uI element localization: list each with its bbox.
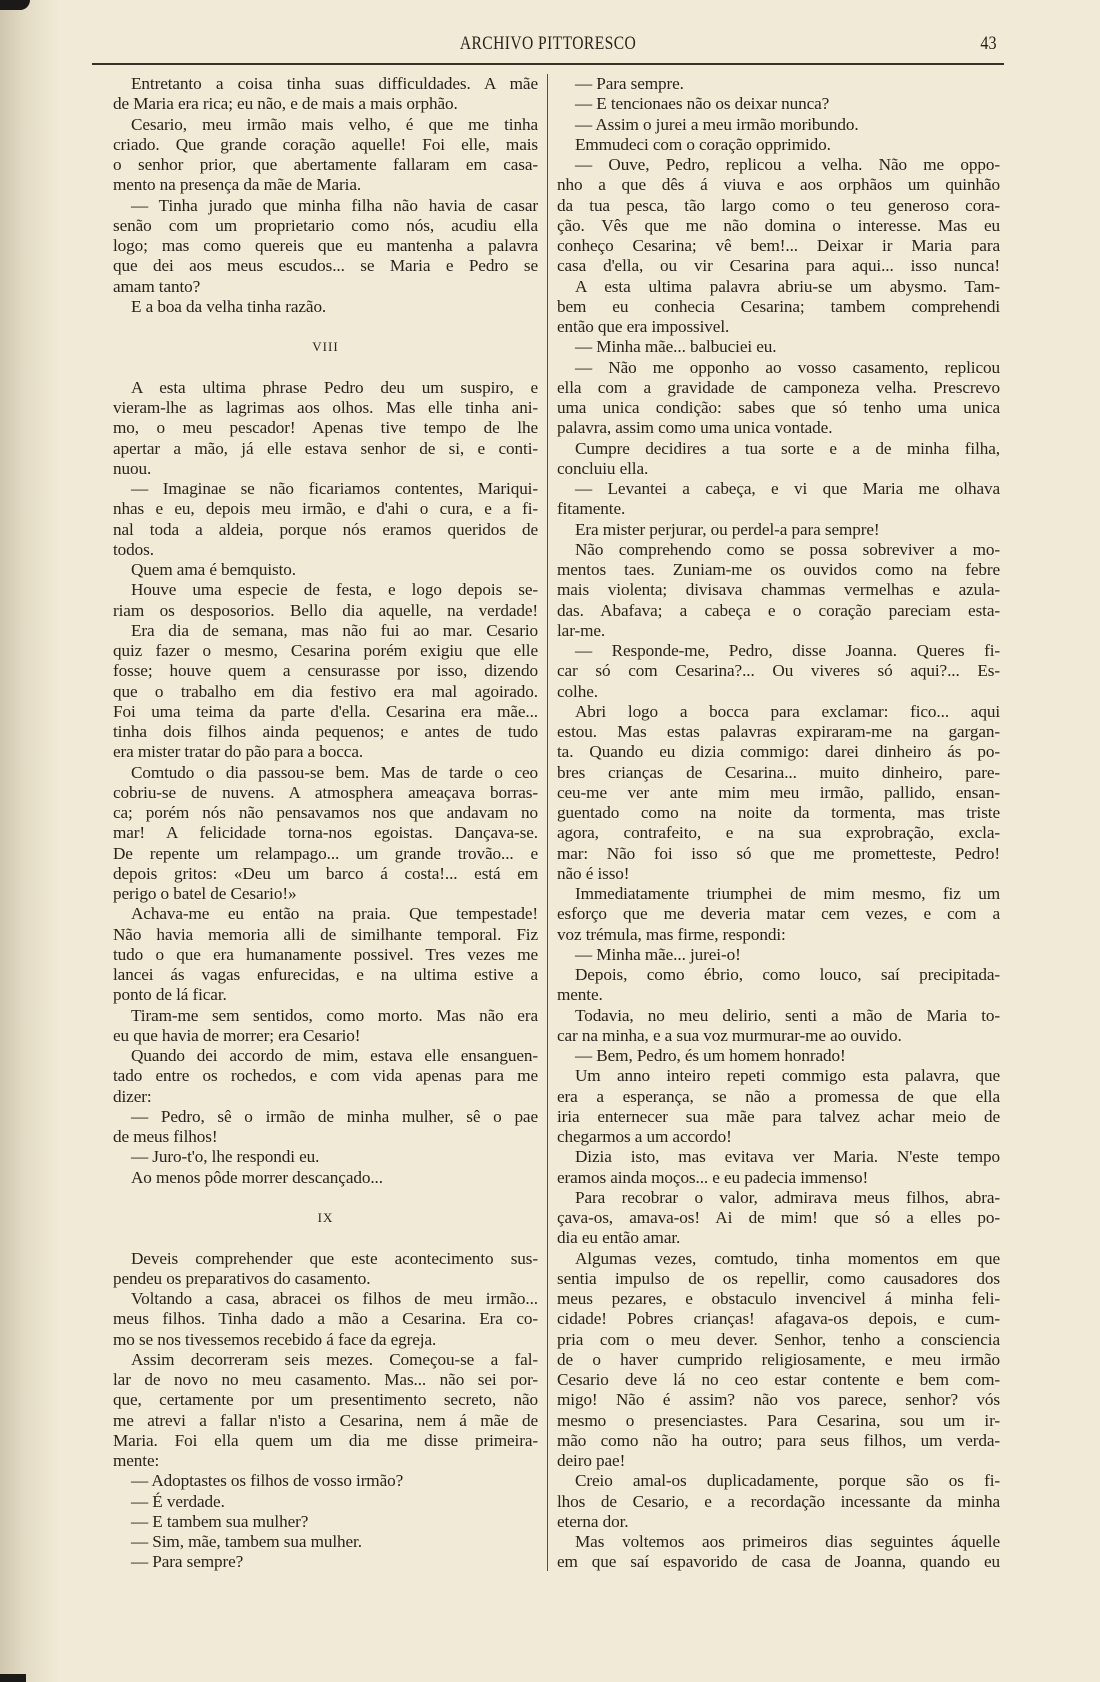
text-line: — Para sempre? [113,1552,538,1572]
line-text: lancei ás vagas enfurecidas, e na ultima… [113,965,538,984]
line-text: mar! A felicidade torna-nos egoistas. Da… [113,823,538,842]
text-line: apertar a mão, já elle estava senhor de … [113,439,538,459]
text-line: fosse; houve quem a censurasse por isso,… [113,661,538,681]
text-line: nal toda a aldeia, porque nós eramos que… [113,520,538,540]
text-line: — Responde-me, Pedro, disse Joanna. Quer… [557,641,1000,661]
text-line: Quem ama é bemquisto. [113,560,538,580]
line-text: — Bem, Pedro, és um homem honrado! [575,1046,846,1065]
text-line: esforço que me deveria matar cem vezes, … [557,904,1000,924]
line-text: vieram-lhe as lagrimas aos olhos. Mas el… [113,398,538,417]
text-line: Depois, como ébrio, como louco, saí prec… [557,965,1000,985]
line-text: Abri logo a bocca para exclamar: fico...… [575,702,1000,721]
text-line: ponto de lá ficar. [113,985,538,1005]
text-line: da tua pesca, tão largo como o teu gener… [557,196,1000,216]
line-text: era a esperança, se não a promessa de qu… [557,1087,1000,1106]
text-line: iria enternecer sua mãe para talvez acha… [557,1107,1000,1127]
text-line: amam tanto? [113,277,538,297]
text-line: Era dia de semana, mas não fui ao mar. C… [113,621,538,641]
text-line: Assim decorreram seis mezes. Começou-se … [113,1350,538,1370]
line-text: quiz fazer o mesmo, Cesarina porém exigi… [113,641,538,660]
line-text: car só com Cesarina?... Ou viveres só aq… [557,661,1000,680]
line-text: dizer: [113,1087,152,1106]
line-text: — Minha mãe... jurei-o! [575,945,741,964]
text-line: quiz fazer o mesmo, Cesarina porém exigi… [113,641,538,661]
text-line: Abri logo a bocca para exclamar: fico...… [557,702,1000,722]
line-text: cobriu-se de nuvens. A atmosphera ameaça… [113,783,538,802]
line-text: agora, contrafeito, e na sua exprobração… [557,823,1000,842]
text-line: eterna dor. [557,1512,1000,1532]
line-text: esforço que me deveria matar cem vezes, … [557,904,1000,923]
text-line: A esta ultima phrase Pedro deu um suspir… [113,378,538,398]
text-line: ceu-me ver ante mim meu irmão, pallido, … [557,783,1000,803]
line-text: — Pedro, sê o irmão de minha mulher, sê … [131,1107,538,1126]
line-text: Achava-me eu então na praia. Que tempest… [131,904,538,923]
line-text: Não havia memoria alli de similhante tem… [113,925,538,944]
text-line: de o haver cumprido religiosamente, e me… [557,1350,1000,1370]
text-line: — Bem, Pedro, és um homem honrado! [557,1046,1000,1066]
text-line: — Pedro, sê o irmão de minha mulher, sê … [113,1107,538,1127]
line-text: Era dia de semana, mas não fui ao mar. C… [131,621,538,640]
line-text: car na minha, e a sua voz murmurar-me ao… [557,1026,902,1045]
text-line: logo; mas como quereis que eu mantenha a… [113,236,538,256]
line-text: De repente um relampago... um grande tro… [113,844,538,863]
text-line: Foi uma teima da parte d'ella. Cesarina … [113,702,538,722]
text-line: guentado como na noite da tormenta, mas … [557,803,1000,823]
section-spacer [113,1188,538,1208]
line-text: chegarmos a um accordo! [557,1127,732,1146]
line-text: sentia impulso de os repellir, como caus… [557,1269,1000,1288]
text-line: deiro pae! [557,1451,1000,1471]
line-text: riam os desposorios. Bello dia aquelle, … [113,601,538,620]
text-line: dizer: [113,1087,538,1107]
text-line: ella com a gravidade de camponeza velha.… [557,378,1000,398]
line-text: mento na presença da mãe de Maria. [113,175,361,194]
line-text: Cumpre decidires a tua sorte e a de minh… [575,439,1000,458]
line-text: Dizia isto, mas evitava ver Maria. N'est… [575,1147,1000,1166]
line-text: — Assim o jurei a meu irmão moribundo. [575,115,859,134]
text-line: car só com Cesarina?... Ou viveres só aq… [557,661,1000,681]
line-text: casa d'ella, ou vir Cesarina para aqui..… [557,256,1000,275]
text-line: pendeu os preparativos do casamento. [113,1269,538,1289]
text-line: tudo o que era humanamente possivel. Tre… [113,945,538,965]
text-line: mente: [113,1451,538,1471]
line-text: era mister tratar do pão para a bocca. [113,742,363,761]
line-text: tado entre os rochedos, e com vida apena… [113,1066,538,1085]
line-text: Um anno inteiro repeti commigo esta pala… [575,1066,1000,1085]
text-line: — Ouve, Pedro, replicou a velha. Não me … [557,155,1000,175]
line-text: — Para sempre. [575,74,684,93]
text-line: chegarmos a um accordo! [557,1127,1000,1147]
text-line: uma unica condição: sabes que só tenho u… [557,398,1000,418]
text-line: Entretanto a coisa tinha suas difficulda… [113,74,538,94]
text-line: Todavia, no meu delirio, senti a mão de … [557,1006,1000,1026]
text-line: meus pezares, e obstaculo invencivel á m… [557,1289,1000,1309]
line-text: mão como não ha outro; para seus filhos,… [557,1431,1000,1450]
line-text: nuou. [113,459,151,478]
text-line: — Tinha jurado que minha filha não havia… [113,196,538,216]
text-line: — E tambem sua mulher? [113,1512,538,1532]
book-edge-bottom [0,1674,26,1682]
text-line: mais violenta; divisava chammas vermelha… [557,580,1000,600]
line-text: bem eu conhecia Cesarina; tambem compreh… [557,297,1000,316]
text-line: meus filhos. Tinha dado a mão a Cesarina… [113,1309,538,1329]
text-line: vieram-lhe as lagrimas aos olhos. Mas el… [113,398,538,418]
text-line: ta. Quando eu dizia commigo: darei dinhe… [557,742,1000,762]
line-text: Não comprehendo como se possa sobreviver… [575,540,1000,559]
line-text: Tiram-me sem sentidos, como morto. Mas n… [131,1006,538,1025]
text-line: tinha dois filhos ainda pequenos; e ante… [113,722,538,742]
line-text: eu que havia de morrer; era Cesario! [113,1026,360,1045]
line-text: da tua pesca, tão largo como o teu gener… [557,196,1000,215]
line-text: — Não me opponho ao vosso casamento, rep… [575,358,1000,377]
line-text: Mas voltemos aos primeiros dias seguinte… [575,1532,1000,1551]
line-text: migo! Não é assim? não vos parece, senho… [557,1390,1000,1409]
line-text: çava-os, amava-os! Ai de mim! que só a e… [557,1208,1000,1227]
line-text: Creio amal-os duplicadamente, porque são… [575,1471,1000,1490]
text-line: mente. [557,985,1000,1005]
line-text: não é isso! [557,864,629,883]
text-line: lhos de Cesario, e a recordação incessan… [557,1492,1000,1512]
line-text: que dei aos meus escudos... se Maria e P… [113,256,538,275]
text-line: Não comprehendo como se possa sobreviver… [557,540,1000,560]
text-line: De repente um relampago... um grande tro… [113,844,538,864]
section-spacer [113,358,538,378]
page-number: 43 [980,33,996,55]
text-line: Creio amal-os duplicadamente, porque são… [557,1471,1000,1491]
text-line: mo se nos tivessemos recebido á face da … [113,1330,538,1350]
text-line: — Minha mãe... jurei-o! [557,945,1000,965]
line-text: concluiu ella. [557,459,648,478]
line-text: perigo o batel de Cesario!» [113,884,296,903]
line-text: mentos taes. Zuniam-me os ouvidos como n… [557,560,1000,579]
text-line: lar-me. [557,621,1000,641]
text-line: — Levantei a cabeça, e vi que Maria me o… [557,479,1000,499]
section-heading: IX [113,1208,538,1228]
text-line: pria com o meu dever. Senhor, tenho a co… [557,1330,1000,1350]
text-line: Não havia memoria alli de similhante tem… [113,925,538,945]
text-line: estou. Mas estas palavras expiraram-me n… [557,722,1000,742]
page-gutter-shadow [0,0,60,1682]
running-header: ARCHIVO PITTORESCO 43 [92,33,1004,63]
text-line: dia eu então amar. [557,1228,1000,1248]
text-line: Cumpre decidires a tua sorte e a de minh… [557,439,1000,459]
text-line: Quando dei accordo de mim, estava elle e… [113,1046,538,1066]
line-text: lar de novo no meu casamento. Mas... não… [113,1370,538,1389]
text-line: — Juro-t'o, lhe respondi eu. [113,1147,538,1167]
line-text: mente: [113,1451,159,1470]
line-text: — Imaginae se não ficariamos contentes, … [131,479,538,498]
text-line: Mas voltemos aos primeiros dias seguinte… [557,1532,1000,1552]
line-text: ção. Vês que me não domina o interesse. … [557,216,1000,235]
line-text: — Sim, mãe, tambem sua mulher. [131,1532,362,1551]
line-text: Deveis comprehender que este acontecimen… [131,1249,538,1268]
line-text: guentado como na noite da tormenta, mas … [557,803,1000,822]
text-line: mão como não ha outro; para seus filhos,… [557,1431,1000,1451]
text-line: de Maria era rica; eu não, e de mais a m… [113,94,538,114]
text-line: conheço Cesarina; vê bem!... Deixar ir M… [557,236,1000,256]
line-text: de Maria era rica; eu não, e de mais a m… [113,94,458,113]
line-text: Quem ama é bemquisto. [131,560,296,579]
line-text: Comtudo o dia passou-se bem. Mas de tard… [131,763,538,782]
line-text: conheço Cesarina; vê bem!... Deixar ir M… [557,236,1000,255]
line-text: ella com a gravidade de camponeza velha.… [557,378,1000,397]
text-line: mar: Não foi isso só que me prometteste,… [557,844,1000,864]
line-text: bres crianças de Cesarina... muito dinhe… [557,763,1000,782]
line-text: pria com o meu dever. Senhor, tenho a co… [557,1330,1000,1349]
line-text: meus filhos. Tinha dado a mão a Cesarina… [113,1309,538,1328]
line-text: mar: Não foi isso só que me prometteste,… [557,844,1000,863]
line-text: deiro pae! [557,1451,625,1470]
text-line: eu que havia de morrer; era Cesario! [113,1026,538,1046]
text-line: nuou. [113,459,538,479]
line-text: — Tinha jurado que minha filha não havia… [131,196,538,215]
line-text: Algumas vezes, comtudo, tinha momentos e… [575,1249,1000,1268]
line-text: — Levantei a cabeça, e vi que Maria me o… [575,479,1000,498]
line-text: Todavia, no meu delirio, senti a mão de … [575,1006,1000,1025]
line-text: — Para sempre? [131,1552,243,1571]
text-line: palavra, assim como uma unica vontade. [557,418,1000,438]
text-line: sentia impulso de os repellir, como caus… [557,1269,1000,1289]
text-line: — Para sempre. [557,74,1000,94]
line-text: E a boa da velha tinha razão. [131,297,326,316]
text-line: perigo o batel de Cesario!» [113,884,538,904]
line-text: em que saí espavorido de casa de Joanna,… [557,1552,1000,1571]
line-text: que o trabalho em dia festivo era mal ag… [113,682,538,701]
line-text: meus pezares, e obstaculo invencivel á m… [557,1289,1000,1308]
text-line: então que era impossivel. [557,317,1000,337]
line-text: o senhor prior, que abertamente fallaram… [113,155,538,174]
line-text: Cesario deve lá no ceo estar contente e … [557,1370,1000,1389]
text-line: criado. Que grande coração aquelle! Foi … [113,135,538,155]
header-rule [92,63,1004,65]
text-line: riam os desposorios. Bello dia aquelle, … [113,601,538,621]
line-text: Era mister perjurar, ou perdel-a para se… [575,520,880,539]
line-text: Emmudeci com o coração opprimido. [575,135,831,154]
right-text-column: — Para sempre.— E tencionaes não os deix… [557,74,1000,1573]
text-line: concluiu ella. [557,459,1000,479]
text-line: que, certamente por um presentimento sec… [113,1390,538,1410]
section-spacer [113,317,538,337]
text-line: — Adoptastes os filhos de vosso irmão? [113,1471,538,1491]
line-text: de o haver cumprido religiosamente, e me… [557,1350,1000,1369]
line-text: pendeu os preparativos do casamento. [113,1269,370,1288]
text-line: çava-os, amava-os! Ai de mim! que só a e… [557,1208,1000,1228]
text-line: — Assim o jurei a meu irmão moribundo. [557,115,1000,135]
line-text: Ao menos pôde morrer descançado... [131,1168,383,1187]
text-line: não é isso! [557,864,1000,884]
line-text: — Minha mãe... balbuciei eu. [575,337,776,356]
text-line: Deveis comprehender que este acontecimen… [113,1249,538,1269]
line-text: ponto de lá ficar. [113,985,227,1004]
line-text: Para recobrar o valor, admirava meus fil… [575,1188,1000,1207]
text-line: Immediatamente triumphei de mim mesmo, f… [557,884,1000,904]
line-text: tudo o que era humanamente possivel. Tre… [113,945,538,964]
text-line: Voltando a casa, abracei os filhos de me… [113,1289,538,1309]
text-line: Dizia isto, mas evitava ver Maria. N'est… [557,1147,1000,1167]
text-line: — É verdade. [113,1492,538,1512]
text-line: eramos ainda moços... e eu padecia immen… [557,1168,1000,1188]
text-line: voz trémula, mas firme, respondi: [557,925,1000,945]
line-text: voz trémula, mas firme, respondi: [557,925,786,944]
line-text: Foi uma teima da parte d'ella. Cesarina … [113,702,538,721]
text-line: nhas e eu, depois meu irmão, e d'ahi o c… [113,499,538,519]
line-text: estou. Mas estas palavras expiraram-me n… [557,722,1000,741]
text-line: mentos taes. Zuniam-me os ouvidos como n… [557,560,1000,580]
line-text: todos. [113,540,154,559]
line-text: Houve uma especie de festa, e logo depoi… [131,580,538,599]
line-text: — Adoptastes os filhos de vosso irmão? [131,1471,403,1490]
line-text: Cesario, meu irmão mais velho, é que me … [131,115,538,134]
text-line: — E tencionaes não os deixar nunca? [557,94,1000,114]
text-line: mar! A felicidade torna-nos egoistas. Da… [113,823,538,843]
text-line: fitamente. [557,499,1000,519]
line-text: palavra, assim como uma unica vontade. [557,418,832,437]
text-line: em que saí espavorido de casa de Joanna,… [557,1552,1000,1572]
line-text: — Juro-t'o, lhe respondi eu. [131,1147,319,1166]
text-line: me atrevi a fallar n'isto a Cesarina, ne… [113,1411,538,1431]
text-line: Cesario deve lá no ceo estar contente e … [557,1370,1000,1390]
text-line: — Não me opponho ao vosso casamento, rep… [557,358,1000,378]
text-line: ção. Vês que me não domina o interesse. … [557,216,1000,236]
line-text: então que era impossivel. [557,317,729,336]
text-line: agora, contrafeito, e na sua exprobração… [557,823,1000,843]
line-text: mo se nos tivessemos recebido á face da … [113,1330,436,1349]
text-line: Comtudo o dia passou-se bem. Mas de tard… [113,763,538,783]
left-text-column: Entretanto a coisa tinha suas difficulda… [113,74,538,1573]
line-text: cidade! Pobres crianças! afagava-os depo… [557,1309,1000,1328]
text-line: o senhor prior, que abertamente fallaram… [113,155,538,175]
text-line: colhe. [557,682,1000,702]
text-line: era a esperança, se não a promessa de qu… [557,1087,1000,1107]
text-line: mento na presença da mãe de Maria. [113,175,538,195]
line-text: A esta ultima palavra abriu-se um abysmo… [575,277,1000,296]
line-text: A esta ultima phrase Pedro deu um suspir… [131,378,538,397]
text-line: depois gritos: «Deu um barco á costa!...… [113,864,538,884]
line-text: — E tambem sua mulher? [131,1512,308,1531]
line-text: uma unica condição: sabes que só tenho u… [557,398,1000,417]
line-text: Depois, como ébrio, como louco, saí prec… [575,965,1000,984]
line-text: colhe. [557,682,598,701]
line-text: ta. Quando eu dizia commigo: darei dinhe… [557,742,1000,761]
line-text: lhos de Cesario, e a recordação incessan… [557,1492,1000,1511]
line-text: tinha dois filhos ainda pequenos; e ante… [113,722,538,741]
line-text: Maria. Foi ella quem um dia me disse pri… [113,1431,538,1450]
line-text: iria enternecer sua mãe para talvez acha… [557,1107,1000,1126]
line-text: — Responde-me, Pedro, disse Joanna. Quer… [575,641,1000,660]
line-text: mesmo o presenciastes. Para Cesarina, so… [557,1411,1000,1430]
text-line: mesmo o presenciastes. Para Cesarina, so… [557,1411,1000,1431]
text-line: Um anno inteiro repeti commigo esta pala… [557,1066,1000,1086]
text-line: de meus filhos! [113,1127,538,1147]
line-text: dia eu então amar. [557,1228,680,1247]
text-line: Cesario, meu irmão mais velho, é que me … [113,115,538,135]
line-text: nal toda a aldeia, porque nós eramos que… [113,520,538,539]
text-line: era mister tratar do pão para a bocca. [113,742,538,762]
line-text: me atrevi a fallar n'isto a Cesarina, ne… [113,1411,538,1430]
publication-title: ARCHIVO PITTORESCO [174,33,922,55]
text-line: bem eu conhecia Cesarina; tambem compreh… [557,297,1000,317]
section-heading: VIII [113,337,538,357]
line-text: eramos ainda moços... e eu padecia immen… [557,1168,868,1187]
text-line: — Sim, mãe, tambem sua mulher. [113,1532,538,1552]
line-text: — E tencionaes não os deixar nunca? [575,94,829,113]
line-text: de meus filhos! [113,1127,217,1146]
text-line: Tiram-me sem sentidos, como morto. Mas n… [113,1006,538,1026]
text-line: Era mister perjurar, ou perdel-a para se… [557,520,1000,540]
line-text: depois gritos: «Deu um barco á costa!...… [113,864,538,883]
text-line: car na minha, e a sua voz murmurar-me ao… [557,1026,1000,1046]
line-text: — Ouve, Pedro, replicou a velha. Não me … [575,155,1000,174]
text-line: senão com um proprietario como nós, acud… [113,216,538,236]
line-text: nhas e eu, depois meu irmão, e d'ahi o c… [113,499,538,518]
text-line: ca; porém nós não pensavamos nos que and… [113,803,538,823]
line-text: amam tanto? [113,277,200,296]
text-line: — Imaginae se não ficariamos contentes, … [113,479,538,499]
text-line: todos. [113,540,538,560]
text-line: Houve uma especie de festa, e logo depoi… [113,580,538,600]
text-line: lancei ás vagas enfurecidas, e na ultima… [113,965,538,985]
line-text: logo; mas como quereis que eu mantenha a… [113,236,538,255]
line-text: mente. [557,985,603,1004]
text-line: — Minha mãe... balbuciei eu. [557,337,1000,357]
text-line: Ao menos pôde morrer descançado... [113,1168,538,1188]
line-text: apertar a mão, já elle estava senhor de … [113,439,538,458]
line-text: nho a que dês á viuva e aos orphãos um q… [557,175,1000,194]
text-line: Emmudeci com o coração opprimido. [557,135,1000,155]
line-text: Voltando a casa, abracei os filhos de me… [131,1289,538,1308]
text-line: que o trabalho em dia festivo era mal ag… [113,682,538,702]
text-line: Maria. Foi ella quem um dia me disse pri… [113,1431,538,1451]
line-text: das. Abafava; a cabeça e o coração parec… [557,601,1000,620]
text-line: nho a que dês á viuva e aos orphãos um q… [557,175,1000,195]
text-line: bres crianças de Cesarina... muito dinhe… [557,763,1000,783]
text-line: tado entre os rochedos, e com vida apena… [113,1066,538,1086]
column-divider [547,74,548,1571]
text-line: que dei aos meus escudos... se Maria e P… [113,256,538,276]
text-line: casa d'ella, ou vir Cesarina para aqui..… [557,256,1000,276]
line-text: Entretanto a coisa tinha suas difficulda… [131,74,538,93]
line-text: Quando dei accordo de mim, estava elle e… [131,1046,538,1065]
line-text: eterna dor. [557,1512,628,1531]
line-text: — É verdade. [131,1492,225,1511]
line-text: ca; porém nós não pensavamos nos que and… [113,803,538,822]
line-text: Immediatamente triumphei de mim mesmo, f… [575,884,1000,903]
text-line: cobriu-se de nuvens. A atmosphera ameaça… [113,783,538,803]
text-line: A esta ultima palavra abriu-se um abysmo… [557,277,1000,297]
text-line: mo, o meu pescador! Apenas tive tempo de… [113,418,538,438]
line-text: ceu-me ver ante mim meu irmão, pallido, … [557,783,1000,802]
text-line: Para recobrar o valor, admirava meus fil… [557,1188,1000,1208]
line-text: lar-me. [557,621,605,640]
text-line: cidade! Pobres crianças! afagava-os depo… [557,1309,1000,1329]
line-text: que, certamente por um presentimento sec… [113,1390,538,1409]
line-text: criado. Que grande coração aquelle! Foi … [113,135,538,154]
text-line: lar de novo no meu casamento. Mas... não… [113,1370,538,1390]
text-line: E a boa da velha tinha razão. [113,297,538,317]
line-text: senão com um proprietario como nós, acud… [113,216,538,235]
section-spacer [113,1228,538,1248]
line-text: Assim decorreram seis mezes. Começou-se … [131,1350,538,1369]
line-text: fitamente. [557,499,625,518]
text-line: Algumas vezes, comtudo, tinha momentos e… [557,1249,1000,1269]
line-text: fosse; houve quem a censurasse por isso,… [113,661,538,680]
text-line: das. Abafava; a cabeça e o coração parec… [557,601,1000,621]
line-text: mo, o meu pescador! Apenas tive tempo de… [113,418,538,437]
text-line: Achava-me eu então na praia. Que tempest… [113,904,538,924]
line-text: mais violenta; divisava chammas vermelha… [557,580,1000,599]
text-line: migo! Não é assim? não vos parece, senho… [557,1390,1000,1410]
